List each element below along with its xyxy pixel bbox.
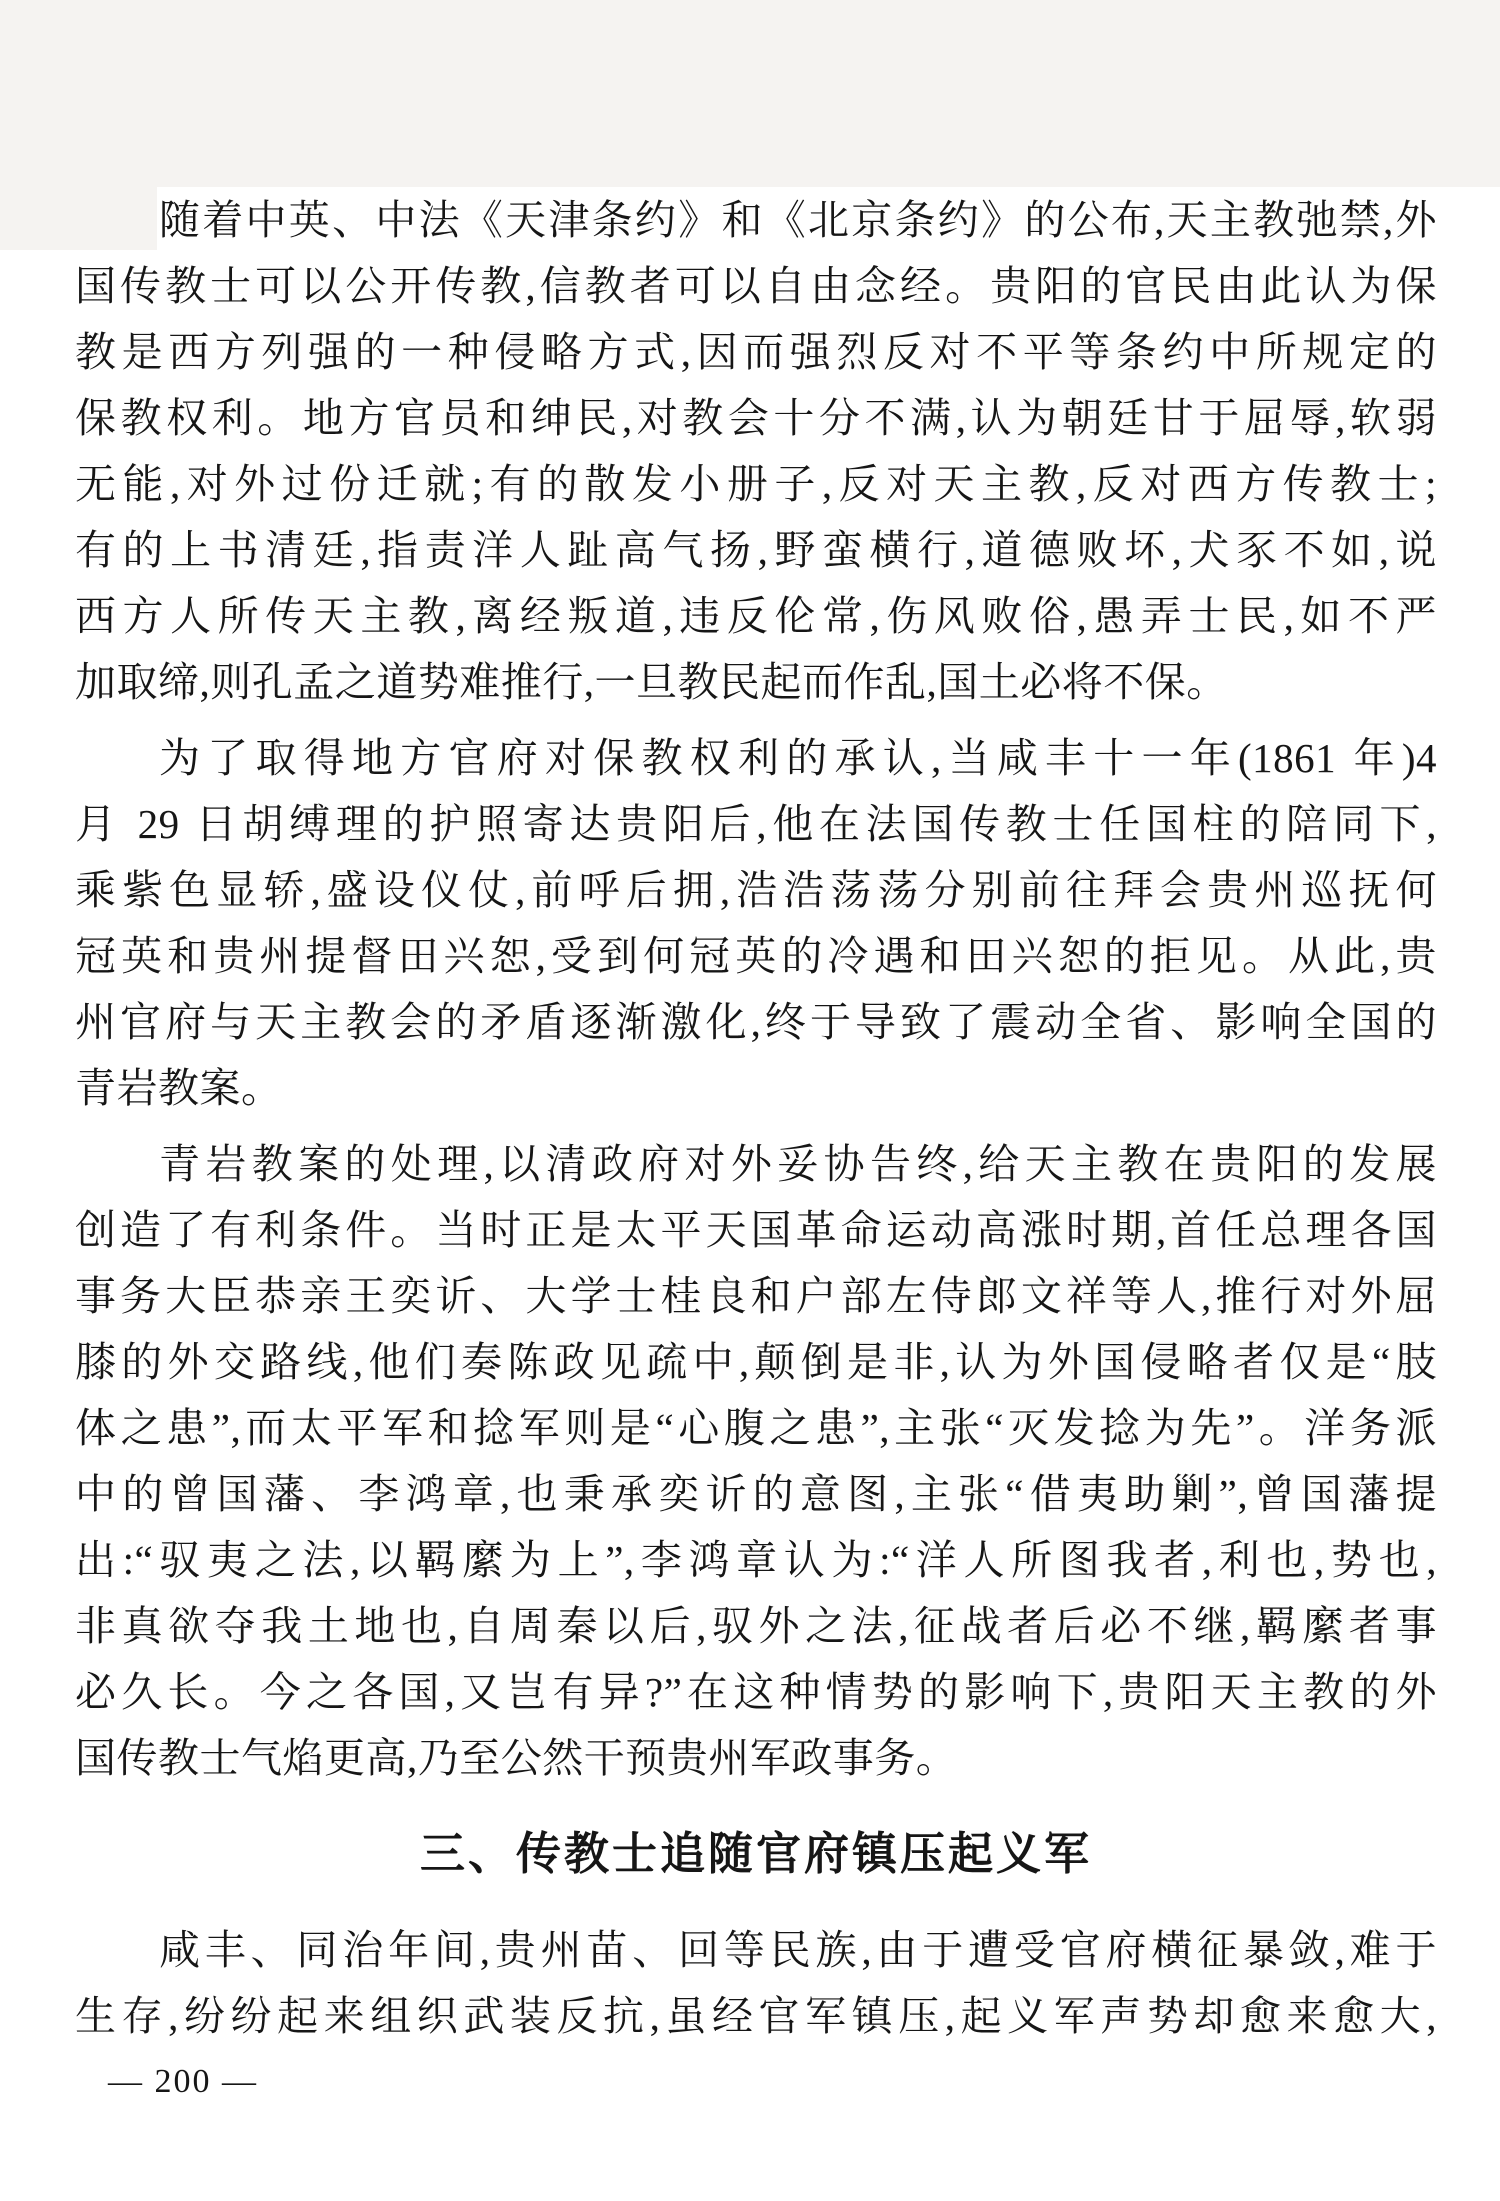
- text-line: 事务大臣恭亲王奕䜣、大学士桂良和户部左侍郎文祥等人,推行对外屈: [75, 1263, 1437, 1329]
- text-line: 保教权利。地方官员和绅民,对教会十分不满,认为朝廷甘于屈辱,软弱: [75, 385, 1437, 451]
- text-line: 月 29 日胡缚理的护照寄达贵阳后,他在法国传教士任国柱的陪同下,: [75, 791, 1437, 857]
- text-line: 膝的外交路线,他们奏陈政见疏中,颠倒是非,认为外国侵略者仅是“肢: [75, 1329, 1437, 1395]
- text-line: 体之患”,而太平军和捻军则是“心腹之患”,主张“灭发捻为先”。洋务派: [75, 1395, 1437, 1461]
- text-line: 加取缔,则孔孟之道势难推行,一旦教民起而作乱,国土必将不保。: [75, 649, 1437, 715]
- text-line: 州官府与天主教会的矛盾逐渐激化,终于导致了震动全省、影响全国的: [75, 989, 1437, 1055]
- paragraph: 随着中英、中法《天津条约》和《北京条约》的公布,天主教弛禁,外国传教士可以公开传…: [75, 187, 1437, 715]
- text-line: 国传教士可以公开传教,信教者可以自由念经。贵阳的官民由此认为保: [75, 253, 1437, 319]
- text-line: 无能,对外过份迁就;有的散发小册子,反对天主教,反对西方传教士;: [75, 451, 1437, 517]
- text-line: 咸丰、同治年间,贵州苗、回等民族,由于遭受官府横征暴敛,难于: [75, 1917, 1437, 1983]
- text-line: 为了取得地方官府对保教权利的承认,当咸丰十一年(1861 年)4: [75, 725, 1437, 791]
- page-number: — 200 —: [108, 2057, 1437, 2107]
- paragraph: 为了取得地方官府对保教权利的承认,当咸丰十一年(1861 年)4月 29 日胡缚…: [75, 725, 1437, 1121]
- scan-artifact-band: [0, 0, 1500, 187]
- text-line: 生存,纷纷起来组织武装反抗,虽经官军镇压,起义军声势却愈来愈大,: [75, 1983, 1437, 2049]
- text-body: 随着中英、中法《天津条约》和《北京条约》的公布,天主教弛禁,外国传教士可以公开传…: [75, 187, 1437, 2107]
- text-line: 随着中英、中法《天津条约》和《北京条约》的公布,天主教弛禁,外: [75, 187, 1437, 253]
- text-line: 有的上书清廷,指责洋人趾高气扬,野蛮横行,道德败坏,犬豕不如,说: [75, 517, 1437, 583]
- text-line: 创造了有利条件。当时正是太平天国革命运动高涨时期,首任总理各国: [75, 1197, 1437, 1263]
- text-line: 西方人所传天主教,离经叛道,违反伦常,伤风败俗,愚弄士民,如不严: [75, 583, 1437, 649]
- book-page: 随着中英、中法《天津条约》和《北京条约》的公布,天主教弛禁,外国传教士可以公开传…: [0, 0, 1500, 2201]
- text-line: 出:“驭夷之法,以羁縻为上”,李鸿章认为:“洋人所图我者,利也,势也,: [75, 1527, 1437, 1593]
- text-line: 乘紫色显轿,盛设仪仗,前呼后拥,浩浩荡荡分别前往拜会贵州巡抚何: [75, 857, 1437, 923]
- text-line: 必久长。今之各国,又岂有异?”在这种情势的影响下,贵阳天主教的外: [75, 1659, 1437, 1725]
- text-line: 冠英和贵州提督田兴恕,受到何冠英的冷遇和田兴恕的拒见。从此,贵: [75, 923, 1437, 989]
- paragraph: 青岩教案的处理,以清政府对外妥协告终,给天主教在贵阳的发展创造了有利条件。当时正…: [75, 1131, 1437, 1791]
- section-heading: 三、传教士追随官府镇压起义军: [75, 1821, 1437, 1887]
- paragraph: 咸丰、同治年间,贵州苗、回等民族,由于遭受官府横征暴敛,难于生存,纷纷起来组织武…: [75, 1917, 1437, 2049]
- text-line: 青岩教案。: [75, 1055, 1437, 1121]
- text-line: 中的曾国藩、李鸿章,也秉承奕䜣的意图,主张“借夷助剿”,曾国藩提: [75, 1461, 1437, 1527]
- text-line: 教是西方列强的一种侵略方式,因而强烈反对不平等条约中所规定的: [75, 319, 1437, 385]
- text-line: 青岩教案的处理,以清政府对外妥协告终,给天主教在贵阳的发展: [75, 1131, 1437, 1197]
- text-line: 非真欲夺我土地也,自周秦以后,驭外之法,征战者后必不继,羁縻者事: [75, 1593, 1437, 1659]
- text-line: 国传教士气焰更高,乃至公然干预贵州军政事务。: [75, 1725, 1437, 1791]
